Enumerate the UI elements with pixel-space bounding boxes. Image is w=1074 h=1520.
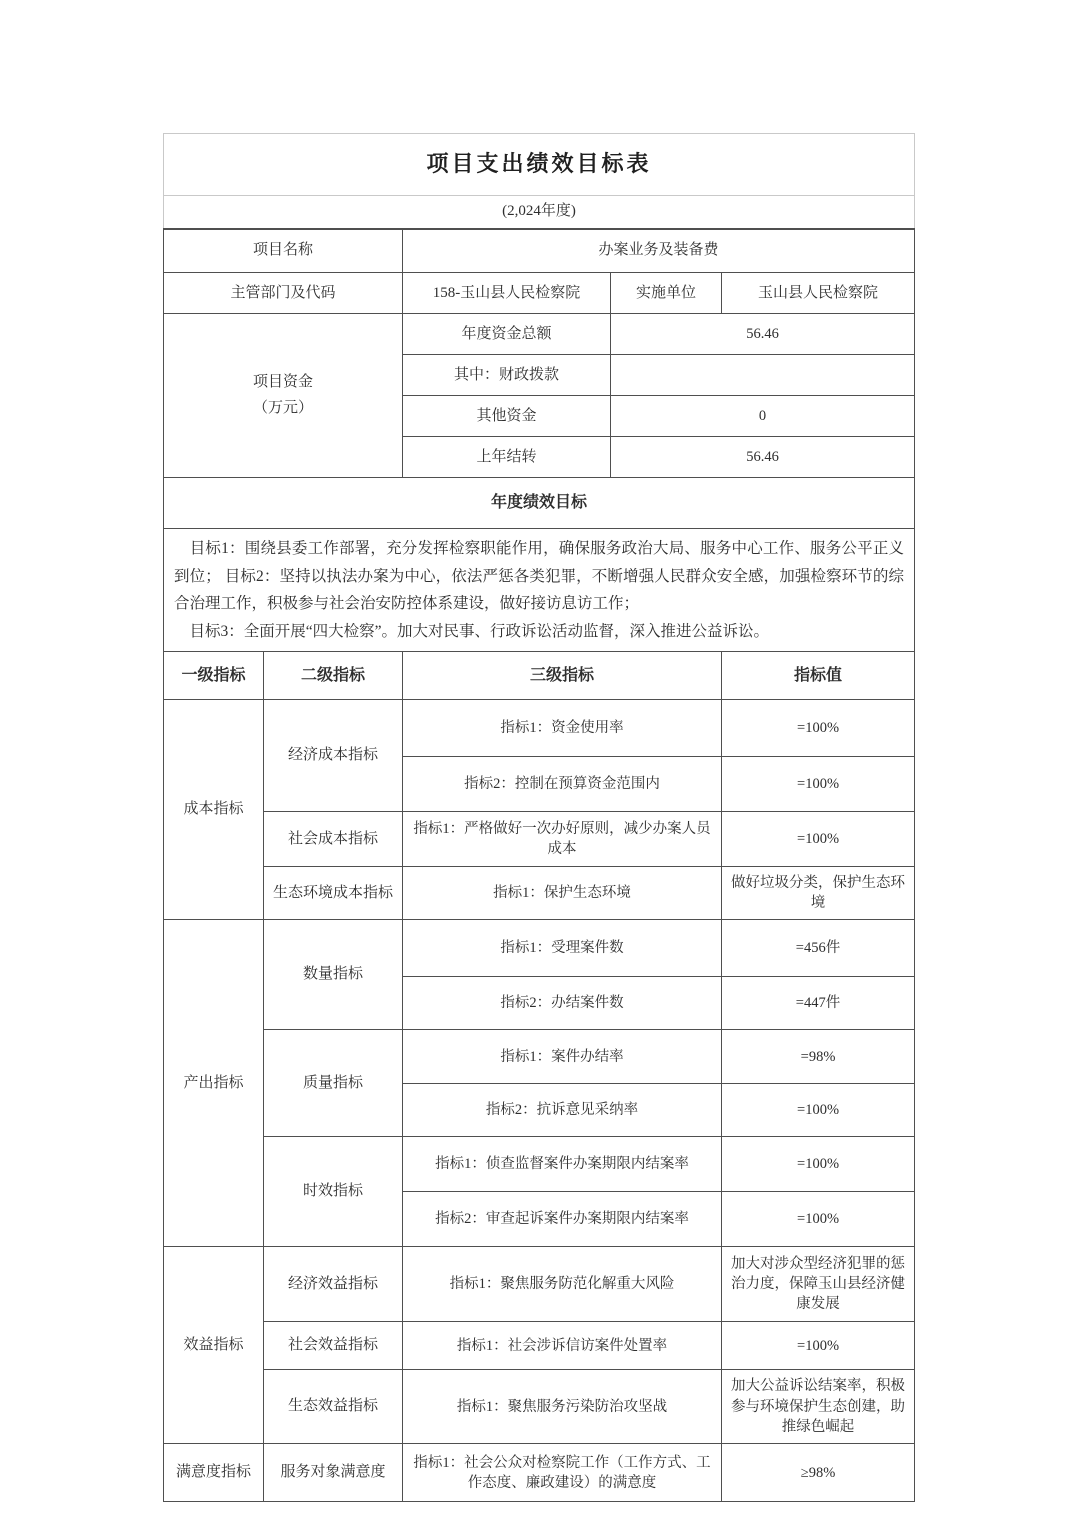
fund-carryover-value: 56.46 — [611, 437, 915, 478]
value-cell: 加大对涉众型经济犯罪的惩治力度，保障玉山县经济健康发展 — [722, 1247, 915, 1322]
level1-cell-benefit: 效益指标 — [164, 1247, 264, 1444]
value-cell: 做好垃圾分类，保护生态环境 — [722, 867, 915, 920]
performance-target-table: 项目支出绩效目标表 (2,024年度) 项目名称 办案业务及装备费 主管部门及代… — [163, 133, 915, 1502]
subtitle-row: (2,024年度) — [164, 196, 915, 229]
indicator-row: 效益指标 经济效益指标 指标1：聚焦服务防范化解重大风险 加大对涉众型经济犯罪的… — [164, 1247, 915, 1322]
value-cell: =456件 — [722, 920, 915, 977]
indicator-row: 生态环境成本指标 指标1：保护生态环境 做好垃圾分类，保护生态环境 — [164, 867, 915, 920]
indicator-row: 质量指标 指标1：案件办结率 =98% — [164, 1030, 915, 1084]
indicator-row: 产出指标 数量指标 指标1：受理案件数 =456件 — [164, 920, 915, 977]
project-name-label: 项目名称 — [164, 229, 403, 273]
header-level1: 一级指标 — [164, 652, 264, 700]
perf-goals-row: 目标1：围绕县委工作部署，充分发挥检察职能作用，确保服务政治大局、服务中心工作、… — [164, 529, 915, 652]
level2-cell: 社会成本指标 — [264, 812, 403, 867]
level2-cell: 服务对象满意度 — [264, 1444, 403, 1502]
level3-cell: 指标2：抗诉意见采纳率 — [403, 1084, 722, 1137]
value-cell: =447件 — [722, 977, 915, 1030]
value-cell: ≥98% — [722, 1444, 915, 1502]
level3-cell: 指标2：办结案件数 — [403, 977, 722, 1030]
indicator-row: 社会效益指标 指标1：社会涉诉信访案件处置率 =100% — [164, 1322, 915, 1370]
value-cell: =100% — [722, 1137, 915, 1192]
doc-title: 项目支出绩效目标表 — [164, 134, 915, 196]
level2-cell: 生态效益指标 — [264, 1370, 403, 1444]
level2-cell: 数量指标 — [264, 920, 403, 1030]
level1-cell-cost: 成本指标 — [164, 700, 264, 920]
value-cell: 加大公益诉讼结案率，积极参与环境保护生态创建，助推绿色崛起 — [722, 1370, 915, 1444]
value-cell: =100% — [722, 1322, 915, 1370]
dept-code-label: 主管部门及代码 — [164, 273, 403, 314]
fund-fiscal-value — [611, 355, 915, 396]
indicator-row: 时效指标 指标1：侦查监督案件办案期限内结案率 =100% — [164, 1137, 915, 1192]
level2-cell: 社会效益指标 — [264, 1322, 403, 1370]
annual-perf-goals: 目标1：围绕县委工作部署，充分发挥检察职能作用，确保服务政治大局、服务中心工作、… — [164, 529, 915, 652]
project-name-row: 项目名称 办案业务及装备费 — [164, 229, 915, 273]
level3-cell: 指标1：保护生态环境 — [403, 867, 722, 920]
level3-cell: 指标2：控制在预算资金范围内 — [403, 757, 722, 812]
indicator-row: 成本指标 经济成本指标 指标1：资金使用率 =100% — [164, 700, 915, 757]
fund-total-value: 56.46 — [611, 314, 915, 355]
department-row: 主管部门及代码 158-玉山县人民检察院 实施单位 玉山县人民检察院 — [164, 273, 915, 314]
value-cell: =100% — [722, 1192, 915, 1247]
level3-cell: 指标1：社会涉诉信访案件处置率 — [403, 1322, 722, 1370]
fund-fiscal-label: 其中：财政拨款 — [403, 355, 611, 396]
level3-cell: 指标1：受理案件数 — [403, 920, 722, 977]
level1-cell-output: 产出指标 — [164, 920, 264, 1247]
level2-cell: 时效指标 — [264, 1137, 403, 1247]
fund-other-value: 0 — [611, 396, 915, 437]
header-level3: 三级指标 — [403, 652, 722, 700]
level2-cell: 经济成本指标 — [264, 700, 403, 812]
value-cell: =100% — [722, 700, 915, 757]
page: { "page": { "title": "项目支出绩效目标表", "subti… — [0, 0, 1074, 1520]
header-level2: 二级指标 — [264, 652, 403, 700]
level3-cell: 指标1：严格做好一次办好原则，减少办案人员成本 — [403, 812, 722, 867]
level3-cell: 指标1：社会公众对检察院工作（工作方式、工作态度、廉政建设）的满意度 — [403, 1444, 722, 1502]
annual-perf-header: 年度绩效目标 — [164, 478, 915, 529]
impl-unit-value: 玉山县人民检察院 — [722, 273, 915, 314]
value-cell: =98% — [722, 1030, 915, 1084]
header-value: 指标值 — [722, 652, 915, 700]
level2-cell: 经济效益指标 — [264, 1247, 403, 1322]
dept-code-value: 158-玉山县人民检察院 — [403, 273, 611, 314]
fund-total-label: 年度资金总额 — [403, 314, 611, 355]
level2-cell: 生态环境成本指标 — [264, 867, 403, 920]
value-cell: =100% — [722, 757, 915, 812]
level3-cell: 指标1：聚焦服务污染防治攻坚战 — [403, 1370, 722, 1444]
perf-header-row: 年度绩效目标 — [164, 478, 915, 529]
impl-unit-label: 实施单位 — [611, 273, 722, 314]
value-cell: =100% — [722, 812, 915, 867]
level3-cell: 指标2：审查起诉案件办案期限内结案率 — [403, 1192, 722, 1247]
level3-cell: 指标1：案件办结率 — [403, 1030, 722, 1084]
fund-carryover-label: 上年结转 — [403, 437, 611, 478]
level1-cell-satisfaction: 满意度指标 — [164, 1444, 264, 1502]
title-row: 项目支出绩效目标表 — [164, 134, 915, 196]
doc-subtitle: (2,024年度) — [164, 196, 915, 229]
level2-cell: 质量指标 — [264, 1030, 403, 1137]
value-cell: =100% — [722, 1084, 915, 1137]
indicator-row: 生态效益指标 指标1：聚焦服务污染防治攻坚战 加大公益诉讼结案率，积极参与环境保… — [164, 1370, 915, 1444]
level3-cell: 指标1：资金使用率 — [403, 700, 722, 757]
project-name-value: 办案业务及装备费 — [403, 229, 915, 273]
indicator-row: 满意度指标 服务对象满意度 指标1：社会公众对检察院工作（工作方式、工作态度、廉… — [164, 1444, 915, 1502]
level3-cell: 指标1：聚焦服务防范化解重大风险 — [403, 1247, 722, 1322]
fund-row: 项目资金 （万元） 年度资金总额 56.46 — [164, 314, 915, 355]
level3-cell: 指标1：侦查监督案件办案期限内结案率 — [403, 1137, 722, 1192]
fund-block-label: 项目资金 （万元） — [164, 314, 403, 478]
indicator-header-row: 一级指标 二级指标 三级指标 指标值 — [164, 652, 915, 700]
fund-other-label: 其他资金 — [403, 396, 611, 437]
indicator-row: 社会成本指标 指标1：严格做好一次办好原则，减少办案人员成本 =100% — [164, 812, 915, 867]
